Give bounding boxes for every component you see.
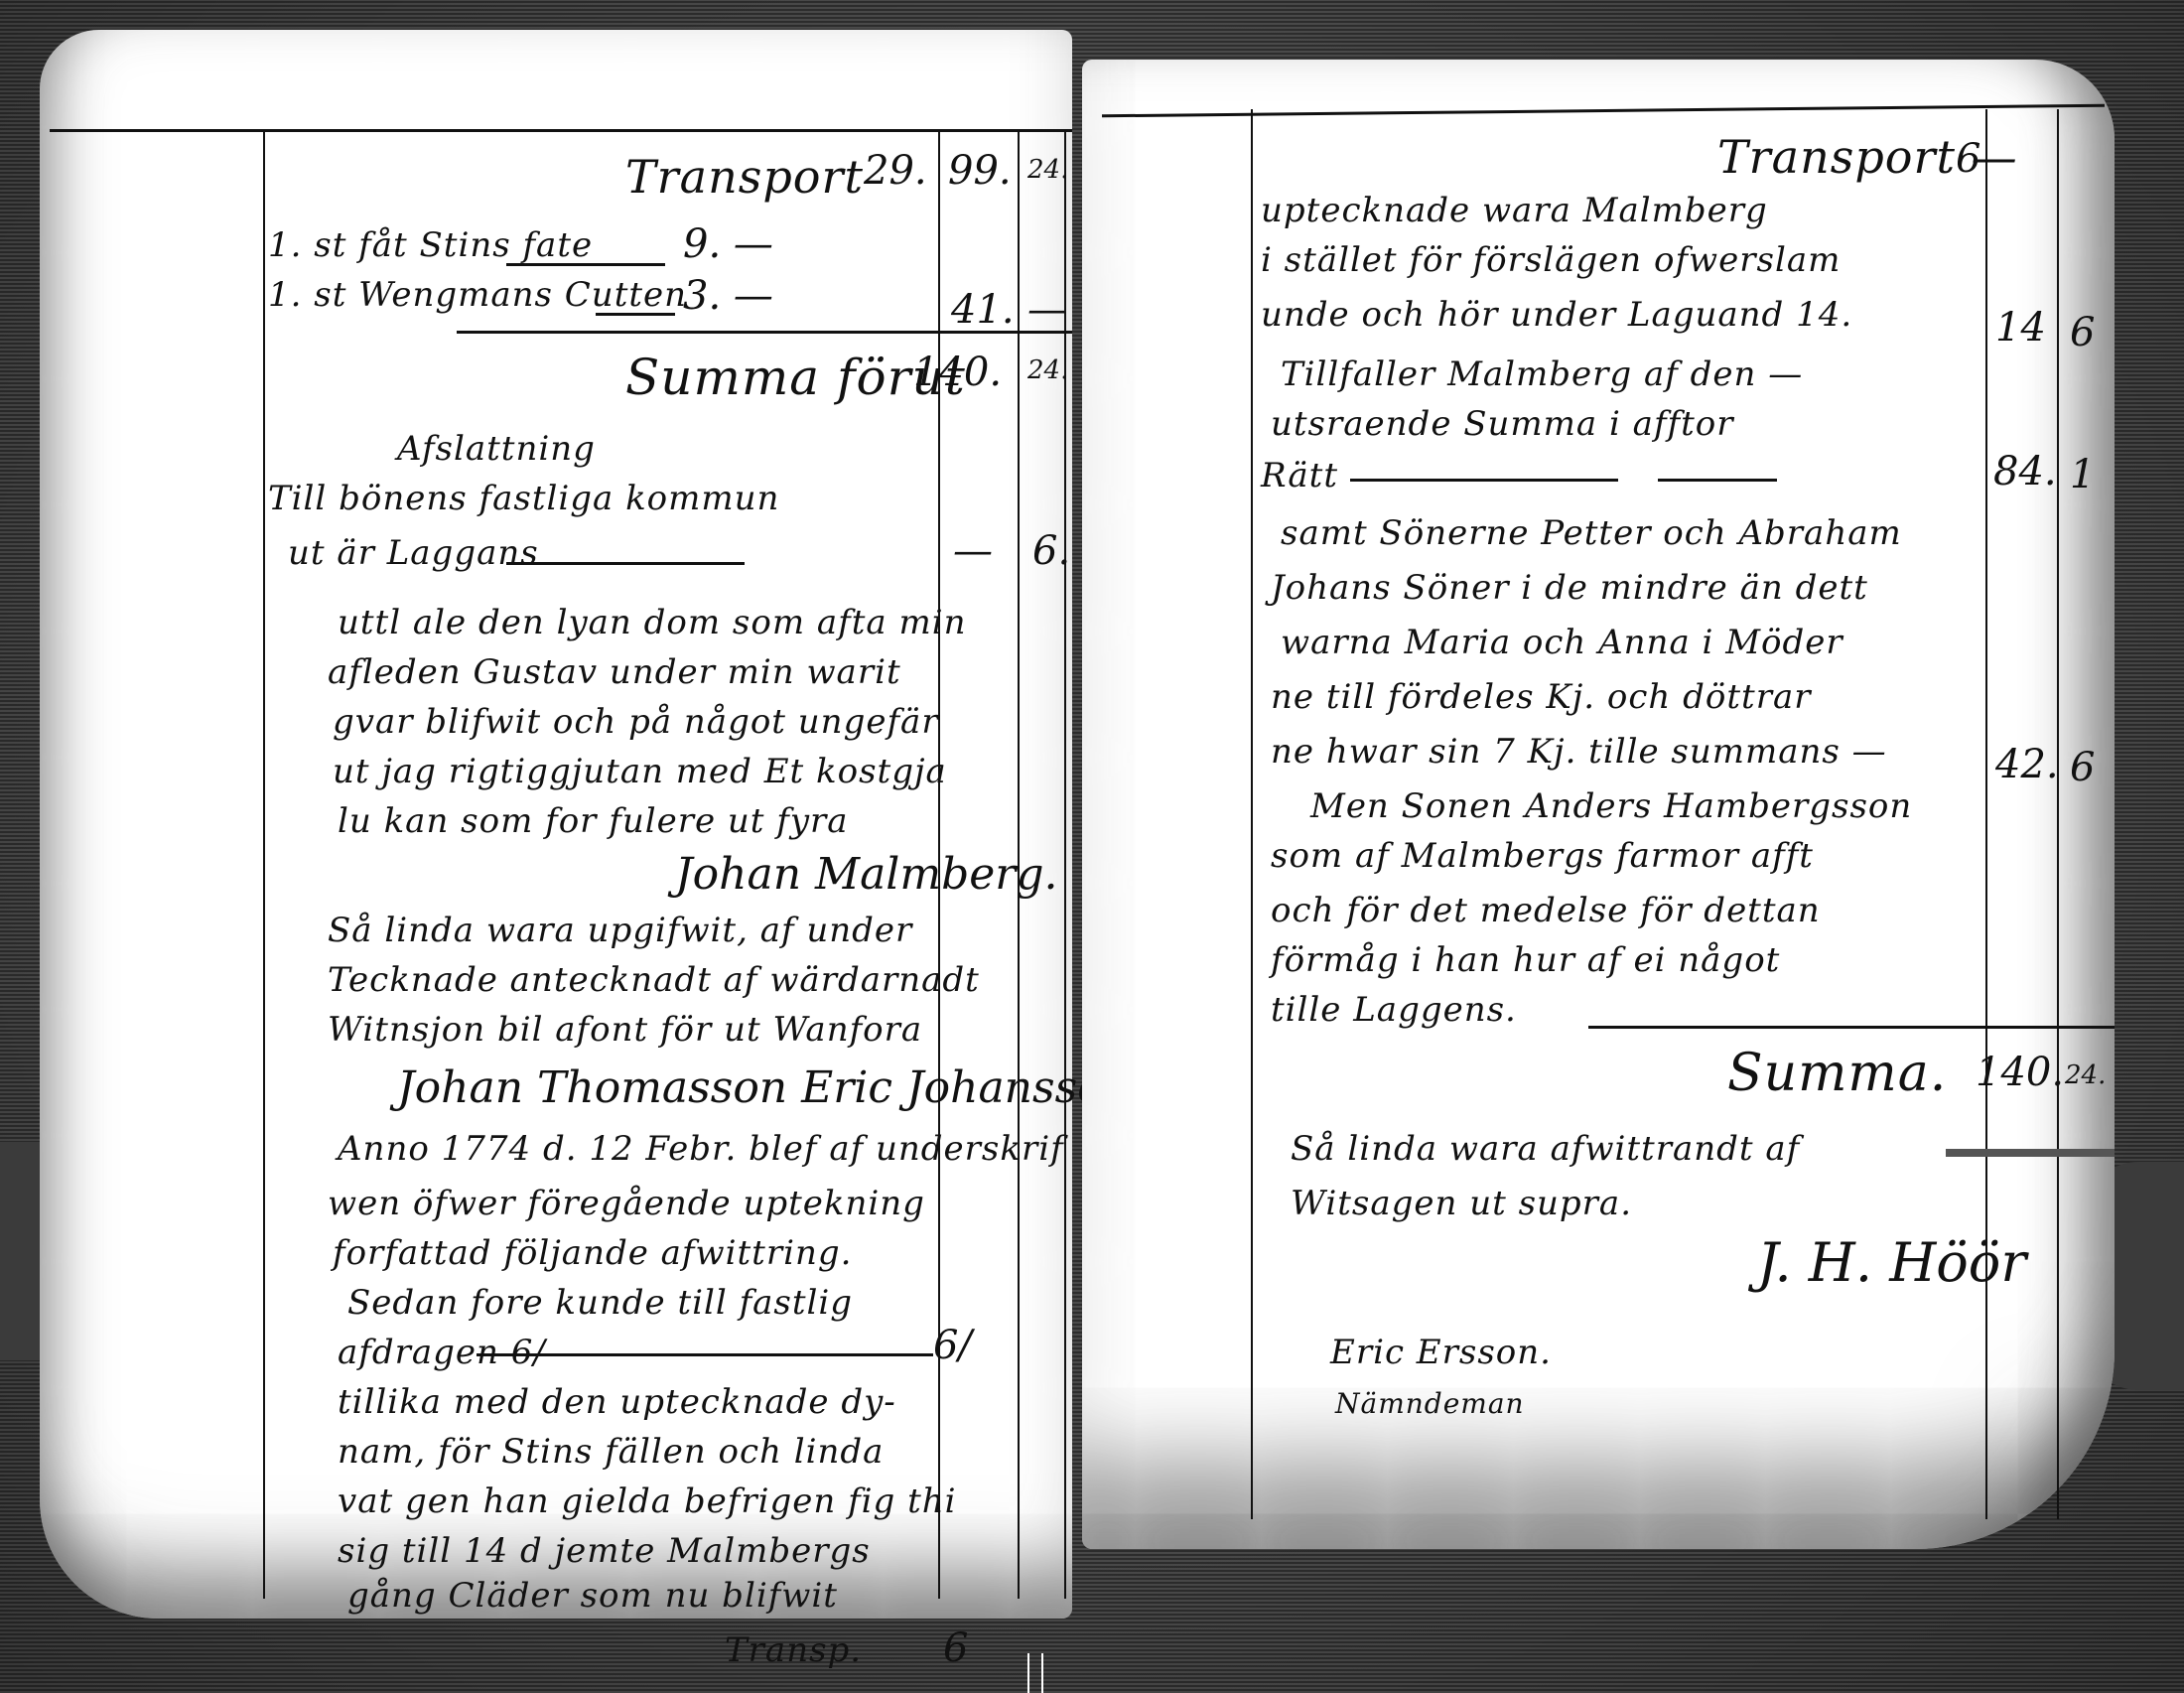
signature-hoor: J. H. Höör xyxy=(1757,1231,2026,1294)
text-line: ut är Laggans xyxy=(288,536,539,570)
text-line: forfattad följande afwittring. xyxy=(333,1236,852,1270)
leader-line xyxy=(506,562,745,565)
leader-line xyxy=(1350,479,1618,482)
line-amount: 6/ xyxy=(933,1326,972,1365)
closing-line: Witsagen ut supra. xyxy=(1291,1187,1632,1220)
text-line: vat gen han gielda befrigen fig thi xyxy=(338,1484,957,1518)
column-rule-edge xyxy=(1064,129,1066,1599)
leader-line xyxy=(477,1353,933,1356)
text-line: lu kan som for fulere ut fyra xyxy=(338,804,849,838)
signature-johan-malmberg: Johan Malmberg. xyxy=(675,849,1058,900)
text-line: och för det medelse för dettan xyxy=(1271,894,1821,927)
text-line: utsraende Summa i afftor xyxy=(1271,407,1734,441)
text-line: Tillfaller Malmberg af den — xyxy=(1281,357,1803,391)
signature-role: Nämndeman xyxy=(1335,1390,1525,1418)
right-page: Transport — 6 uptecknade wara Malmberg i… xyxy=(1082,60,2115,1549)
item-2-leader xyxy=(596,313,675,316)
amount-col3: 6 xyxy=(2070,313,2095,353)
transport-amount-3: 24. xyxy=(1027,157,1068,183)
text-line: unde och hör under Laguand 14. xyxy=(1261,298,1852,332)
text-line: gvar blifwit och på något ungefär xyxy=(333,705,939,739)
book-gutter-mark xyxy=(1027,1653,1043,1693)
text-line: gång Cläder som nu blifwit xyxy=(347,1579,838,1613)
item-2-subtotal: 41. xyxy=(951,290,1015,330)
closing-line: Så linda wara afwittrandt af xyxy=(1291,1132,1800,1166)
text-line: i stället för förslägen ofwerslam xyxy=(1261,243,1841,277)
leader-line xyxy=(1658,479,1777,482)
summa-amount: 140. xyxy=(1976,1053,2064,1092)
text-line: uttl ale den lyan dom som afta min xyxy=(338,606,966,639)
transport-label: Transport xyxy=(625,154,864,200)
amount-col2: 84. xyxy=(1993,452,2057,492)
summa-ore: 24. xyxy=(2065,1062,2106,1088)
text-line: ne till fördeles Kj. och döttrar xyxy=(1271,680,1811,714)
text-line: afdragen 6/ xyxy=(338,1336,546,1369)
text-line: förmåg i han hur af ei något xyxy=(1271,943,1780,977)
text-line: warna Maria och Anna i Möder xyxy=(1281,626,1843,659)
text-line: Så linda wara upgifwit, af under xyxy=(328,914,912,947)
item-2-text: 1. st Wengmans Cutten xyxy=(268,278,687,312)
text-line: sig till 14 d jemte Malmbergs xyxy=(338,1534,871,1568)
text-line: nam, för Stins fällen och linda xyxy=(338,1435,884,1469)
text-line: Men Sonen Anders Hambergsson xyxy=(1310,789,1912,823)
text-line: Rätt xyxy=(1261,459,1338,493)
summa-label: Summa. xyxy=(1727,1048,1947,1099)
transport-amount: 6 xyxy=(1956,139,1980,179)
left-page: Transport 29. 99. 24. 1. st fåt Stins fa… xyxy=(40,30,1072,1619)
text-line: som af Malmbergs farmor afft xyxy=(1271,839,1814,873)
item-1-leader xyxy=(506,263,665,266)
text-line: Till bönens fastliga kommun xyxy=(268,482,779,515)
signature-witnesses: Johan Thomasson Eric Johansson xyxy=(397,1062,1132,1113)
margin-rule xyxy=(1251,109,1253,1519)
item-2-subtotal-mark: — xyxy=(1027,290,1067,330)
amount-col2: 14 xyxy=(1995,308,2046,348)
text-line: Anno 1774 d. 12 Febr. blef af underskrif xyxy=(338,1132,1064,1166)
text-line: Johans Söner i de mindre än dett xyxy=(1271,571,1868,605)
line-amount: 6. xyxy=(1032,531,1070,571)
footer-transport-label: Transp. xyxy=(725,1633,862,1667)
text-line: afleden Gustav under min warit xyxy=(328,655,901,689)
section-heading: Afslattning xyxy=(397,432,596,466)
top-rule xyxy=(50,129,1072,132)
amount-col3: 6 xyxy=(2070,748,2095,787)
text-line: Tecknade antecknadt af wärdarnadt xyxy=(328,963,980,997)
text-line: ut jag rigtiggjutan med Et kostgja xyxy=(333,755,947,788)
transport-amount-1: 29. xyxy=(864,151,927,191)
column-rule-daler xyxy=(1985,109,1987,1519)
text-line: uptecknade wara Malmberg xyxy=(1261,194,1768,227)
summa-amount: 140. xyxy=(913,353,1002,392)
text-line: tille Laggens. xyxy=(1271,993,1517,1027)
text-line: Witnsjon bil afont för ut Wanfora xyxy=(328,1013,922,1047)
summa-rule xyxy=(1588,1026,2115,1029)
item-1-amount: 9. — xyxy=(683,224,773,264)
item-1-text: 1. st fåt Stins fate xyxy=(268,228,593,262)
item-2-amount: 3. — xyxy=(683,276,773,316)
transport-amount-2: 99. xyxy=(948,151,1012,191)
footer-transport-amount: 6 xyxy=(943,1628,968,1668)
fold-mark xyxy=(1946,1149,2115,1157)
signature-eric-ersson: Eric Ersson. xyxy=(1330,1336,1552,1369)
line-amount: — xyxy=(953,531,993,571)
summa-ore: 24. xyxy=(1027,357,1068,383)
text-line: samt Sönerne Petter och Abraham xyxy=(1281,516,1902,550)
margin-rule xyxy=(263,129,265,1599)
amount-col2: 42. xyxy=(1995,745,2059,784)
text-line: tillika med den uptecknade dy- xyxy=(338,1385,896,1419)
text-line: ne hwar sin 7 Kj. tille summans — xyxy=(1271,735,1887,769)
column-rule-ore xyxy=(2057,109,2059,1519)
text-line: wen öfwer föregående uptekning xyxy=(328,1187,925,1220)
text-line: Sedan fore kunde till fastlig xyxy=(347,1286,853,1320)
amount-col3: 1 xyxy=(2070,455,2095,494)
